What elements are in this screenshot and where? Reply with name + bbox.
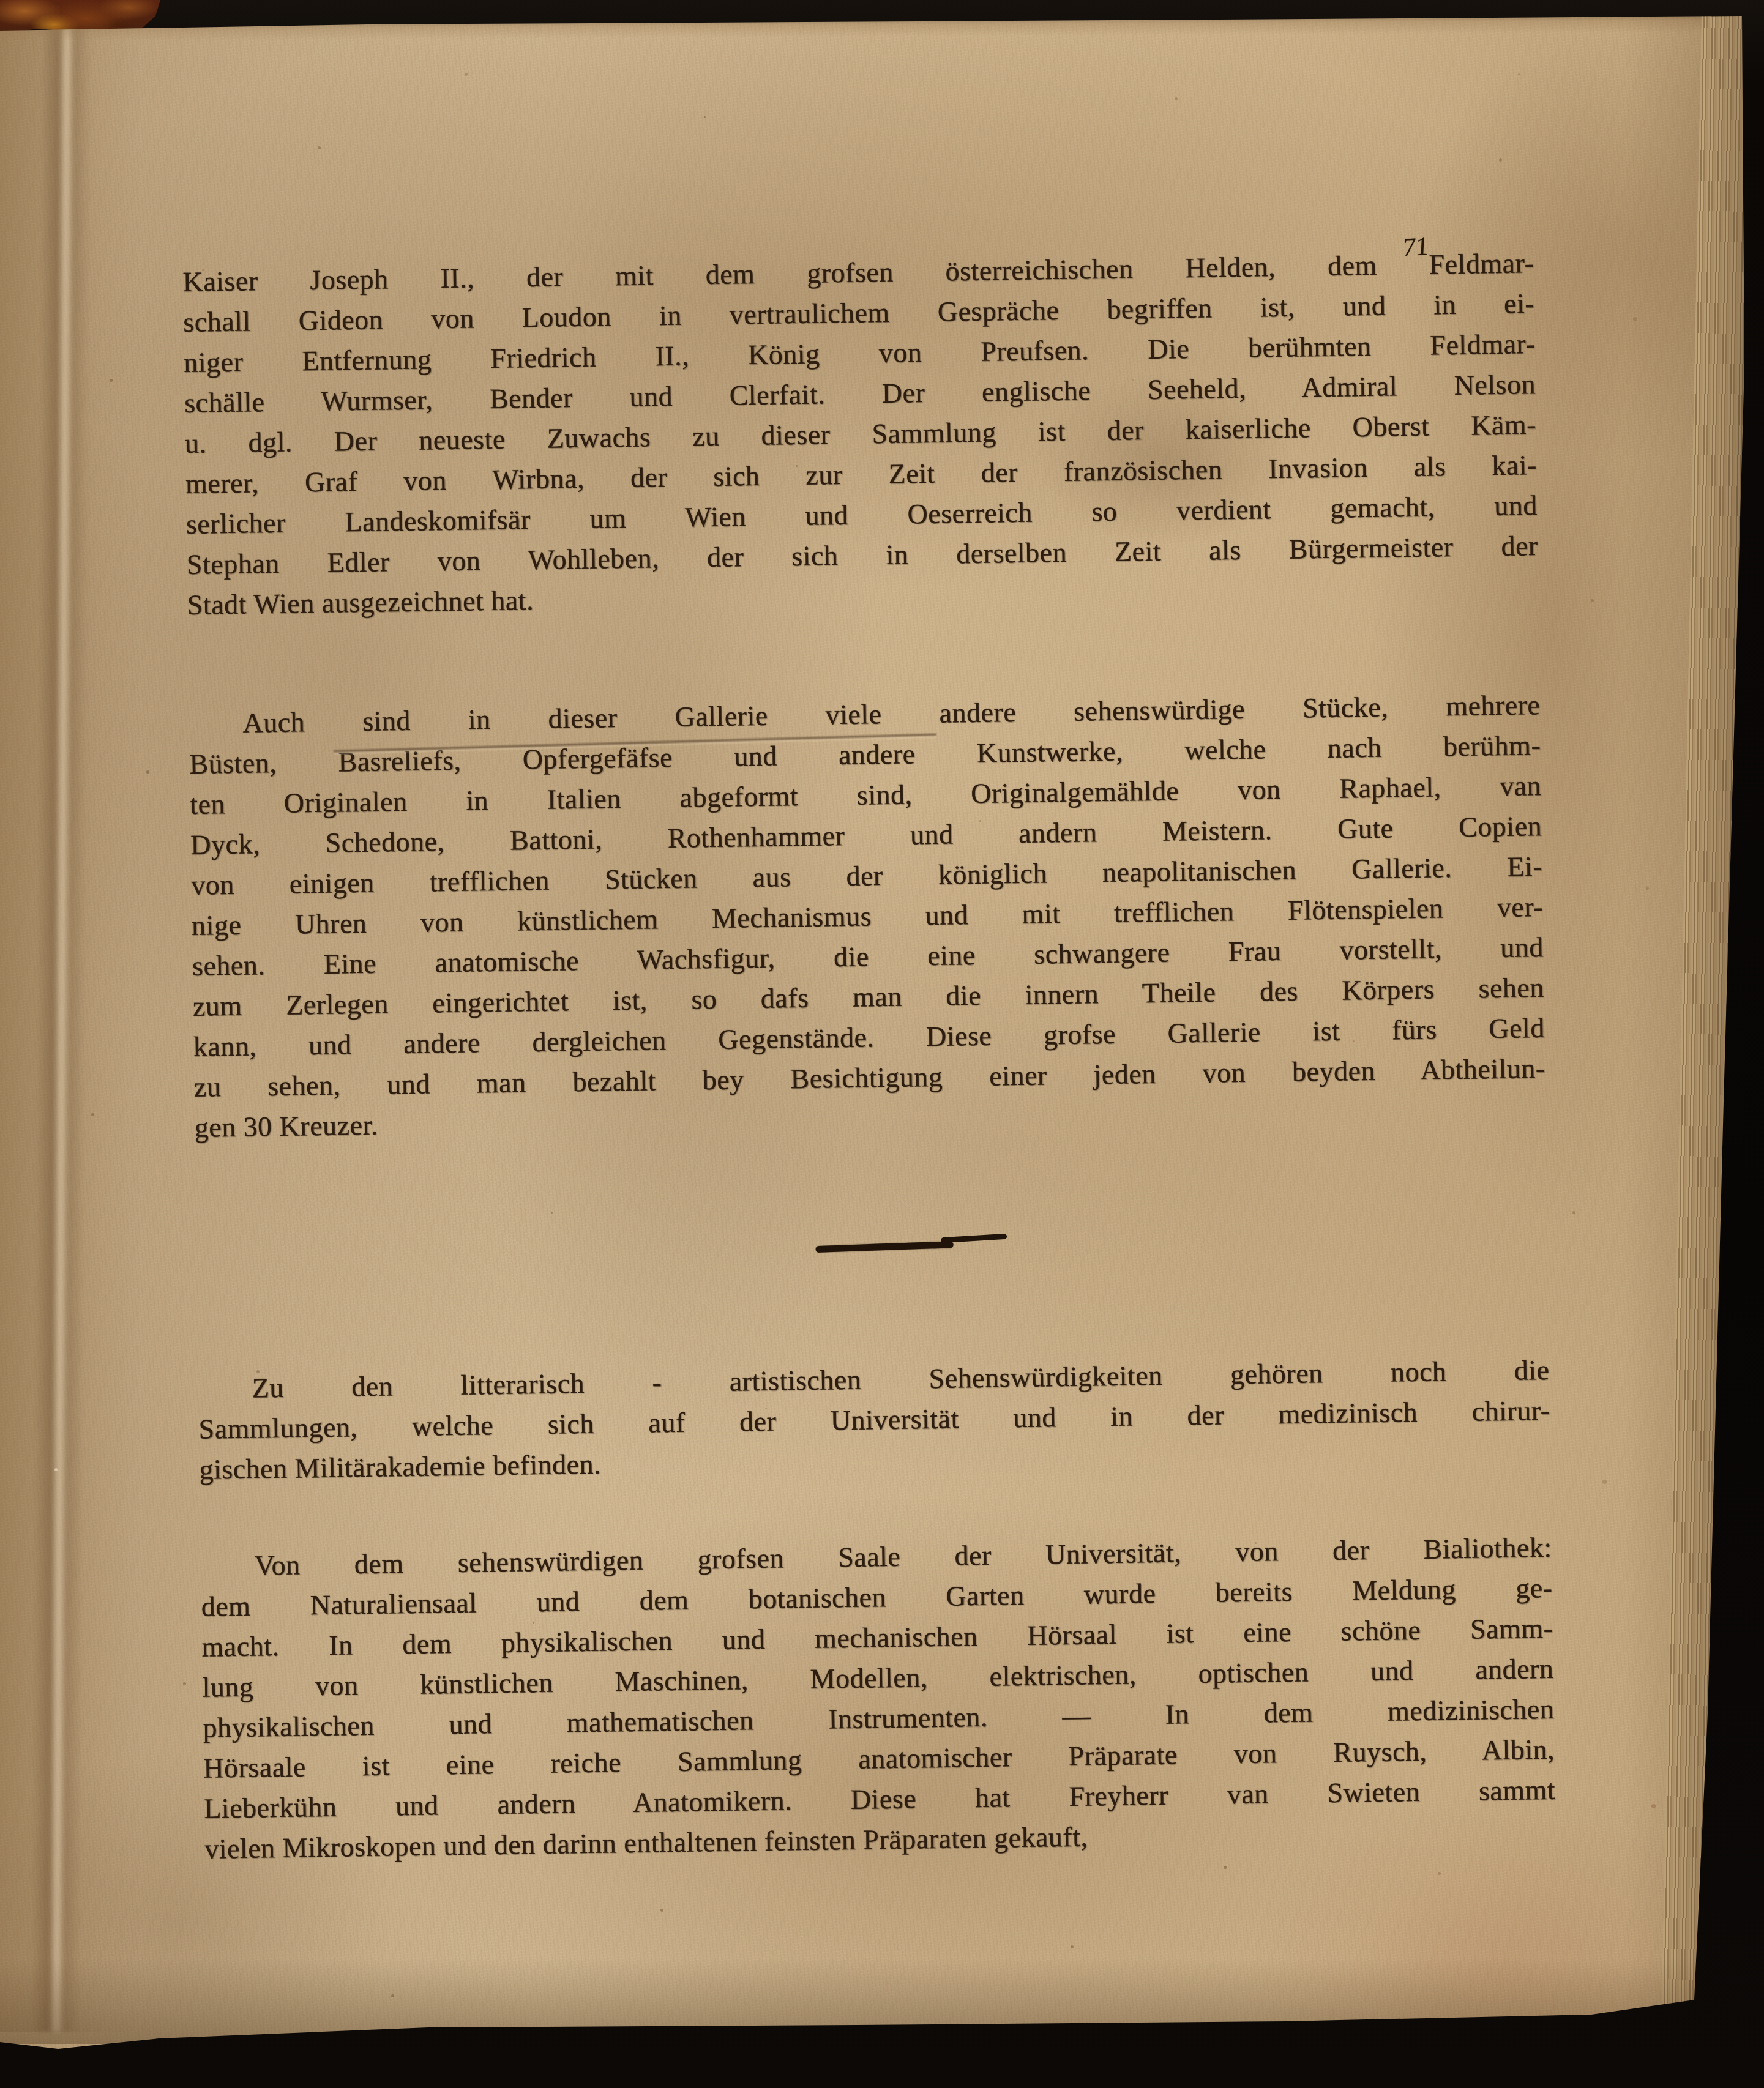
section-divider [196,1232,1548,1260]
text-block: Kaiser Joseph II., der mit dem grofsen ö… [182,243,1556,1870]
paragraph: Zu den litterarisch - artistischen Sehen… [198,1350,1551,1490]
paragraph: Von dem sehenswürdigen grofsen Saale der… [200,1527,1556,1870]
divider-stroke [815,1241,953,1253]
book-scan: 71 Kaiser Joseph II., der mit dem grofse… [0,0,1764,2088]
gutter-crease [30,18,91,2032]
book-page: 71 Kaiser Joseph II., der mit dem grofse… [0,0,1764,2088]
paragraph: Auch sind in dieser Gallerie viele ander… [189,685,1546,1148]
bottom-edge-shadow [0,1958,1764,2044]
paragraph: Kaiser Joseph II., der mit dem grofsen ö… [182,243,1539,625]
